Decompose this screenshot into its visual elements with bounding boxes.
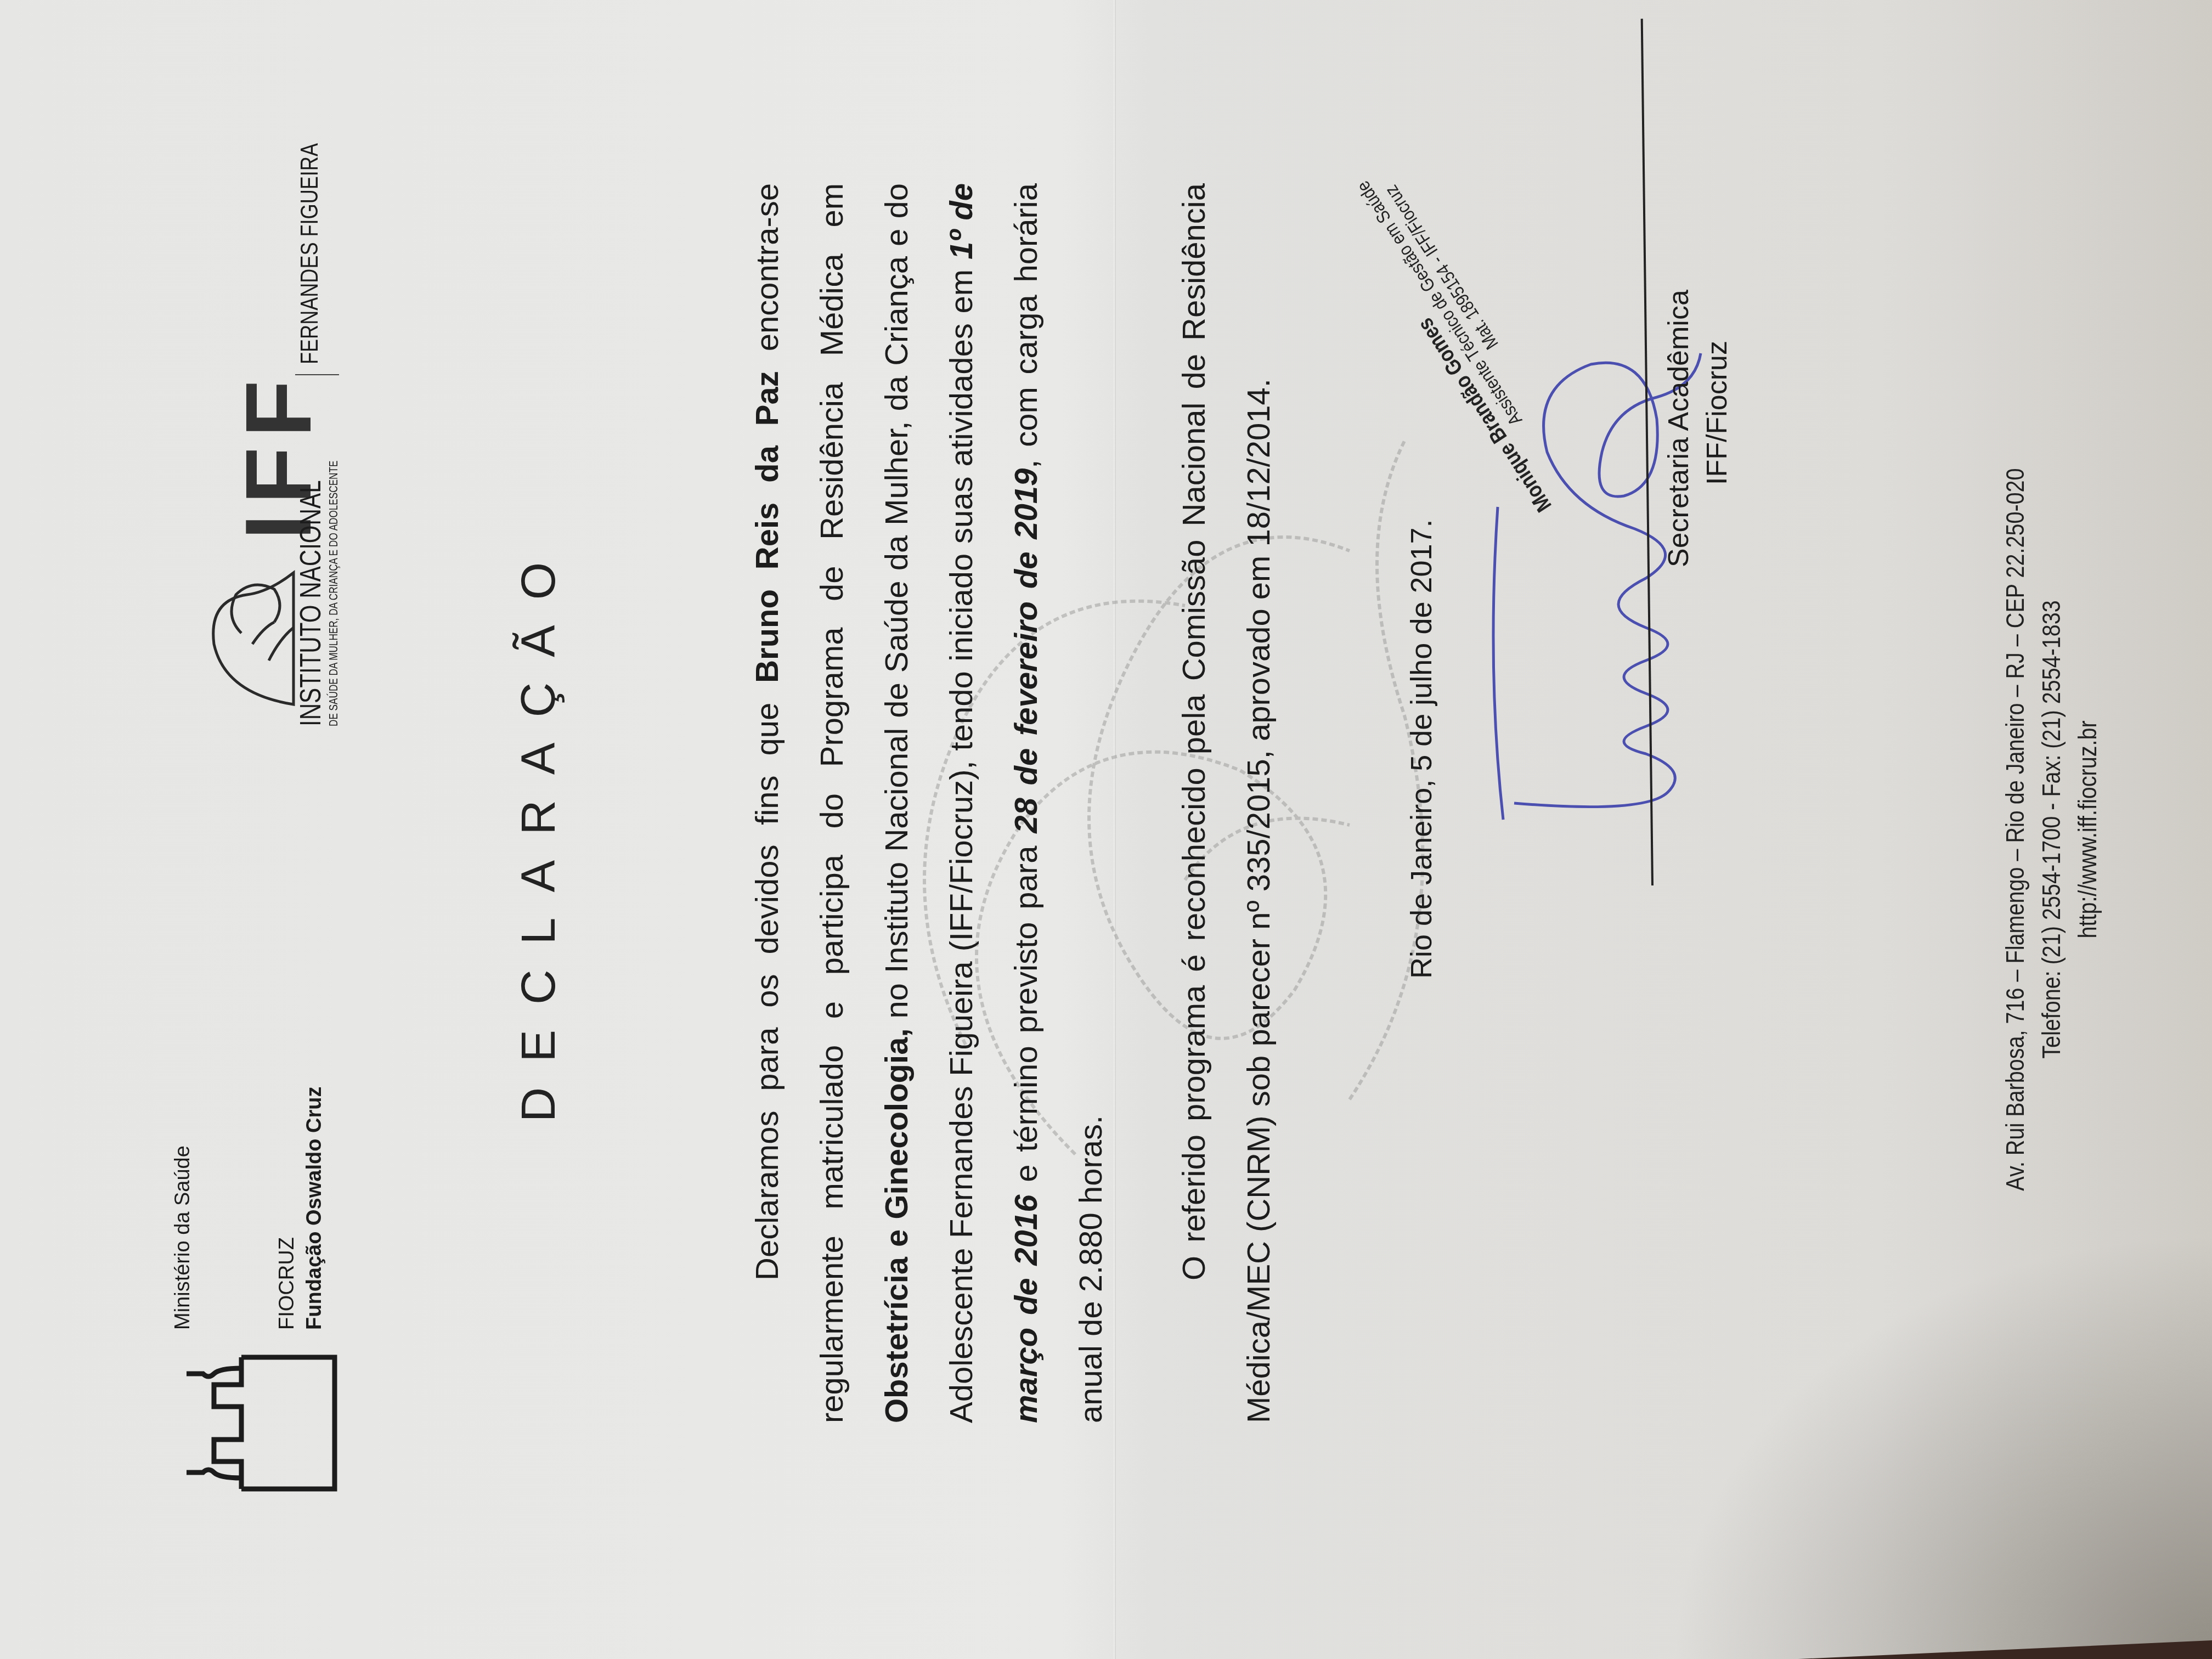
paragraph-enrollment: Declaramos para os devidos fins que Brun… [735,183,1124,1423]
declaration-document: Ministério da Saúde FIOCRUZ Fundação Osw… [0,0,2212,1659]
mother-child-icon [203,545,296,710]
iff-name-line1: INSTITUTO NACIONAL [294,480,328,726]
document-body: Declaramos para os devidos fins que Brun… [735,183,1330,1423]
iff-logo: IFF INSTITUTO NACIONAL DE SAÚDE DA MULHE… [203,95,346,726]
footer-address: Av. Rui Barbosa, 716 – Flamengo – Rio de… [1997,116,2033,1543]
signatory-organization: IFF/Fiocruz [1701,341,1734,485]
fiocruz-castle-icon [176,1352,340,1494]
document-title: DECLARAÇÃO [510,0,566,1659]
signatory-department: Secretaria Acadêmica [1662,290,1695,567]
iff-separator [295,374,339,375]
place-date: Rio de Janeiro, 5 de julho de 2017. [1404,519,1438,979]
org-full-name: Fundação Oswaldo Cruz [302,1087,328,1330]
iff-name-line2: DE SAÚDE DA MULHER, DA CRIANÇA E DO ADOL… [326,461,341,726]
student-name: Bruno Reis da Paz [749,371,785,683]
text-segment: Declaramos para os devidos fins que [749,683,785,1280]
document-footer: Av. Rui Barbosa, 716 – Flamengo – Rio de… [1997,0,2106,1659]
footer-phone: Telefone: (21) 2554-1700 - Fax: (21) 255… [2033,116,2069,1543]
org-short-name: FIOCRUZ [274,1237,301,1330]
iff-name-line3: FERNANDES FIGUEIRA [296,143,324,364]
paragraph-recognition: O referido programa é reconhecido pela C… [1162,183,1291,1423]
ministry-name: Ministério da Saúde [170,1145,196,1330]
end-date: 28 de fevereiro de 2019 [1008,469,1044,833]
program-name: Obstetrícia e Ginecologia, [879,1028,915,1423]
text-segment: e término previsto para [1008,833,1044,1195]
footer-website: http://www.iff.fiocruz.br [2069,116,2106,1543]
